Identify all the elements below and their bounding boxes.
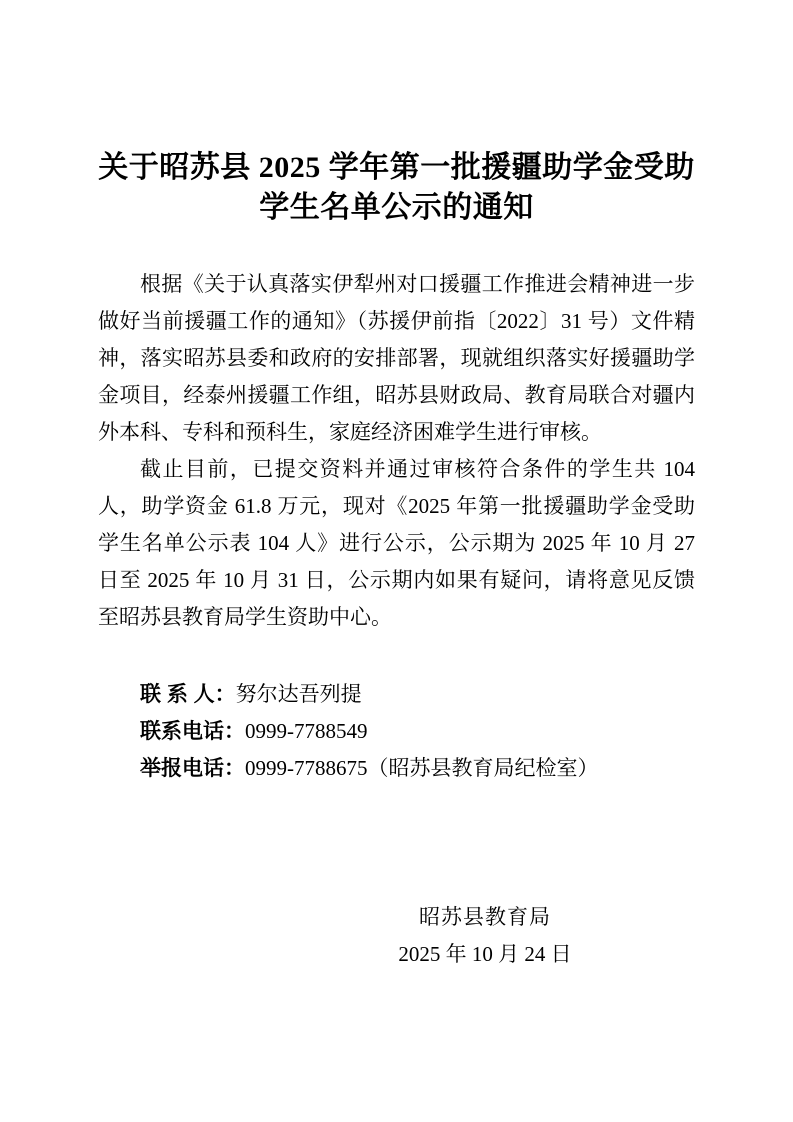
contact-person-row: 联 系 人：努尔达吾列提 [140, 676, 695, 713]
contact-phone-value: 0999-7788549 [245, 719, 368, 743]
document-page: 关于昭苏县 2025 学年第一批援疆助学金受助 学生名单公示的通知 根据《关于认… [0, 0, 793, 1122]
contact-block: 联 系 人：努尔达吾列提 联系电话：0999-7788549 举报电话：0999… [98, 676, 695, 787]
title-line-1: 关于昭苏县 2025 学年第一批援疆助学金受助 [98, 151, 695, 184]
signature-org: 昭苏县教育局 [387, 899, 583, 936]
signature-block: 昭苏县教育局 2025 年 10 月 24 日 [387, 899, 583, 973]
report-phone-value: 0999-7788675（昭苏县教育局纪检室） [245, 756, 599, 780]
report-phone-label: 举报电话： [140, 757, 245, 780]
contact-person-label: 联 系 人： [140, 683, 236, 706]
paragraph-policy-basis: 根据《关于认真落实伊犁州对口援疆工作推进会精神进一步做好当前援疆工作的通知》（苏… [98, 266, 695, 451]
signature-date: 2025 年 10 月 24 日 [387, 936, 583, 973]
paragraph-publicity-announcement: 截止目前，已提交资料并通过审核符合条件的学生共 104 人，助学资金 61.8 … [98, 451, 695, 636]
report-phone-row: 举报电话：0999-7788675（昭苏县教育局纪检室） [140, 750, 695, 787]
contact-phone-label: 联系电话： [140, 720, 245, 743]
page-title: 关于昭苏县 2025 学年第一批援疆助学金受助 学生名单公示的通知 [98, 148, 695, 228]
title-line-2: 学生名单公示的通知 [259, 191, 534, 224]
contact-person-value: 努尔达吾列提 [236, 682, 362, 706]
contact-phone-row: 联系电话：0999-7788549 [140, 713, 695, 750]
